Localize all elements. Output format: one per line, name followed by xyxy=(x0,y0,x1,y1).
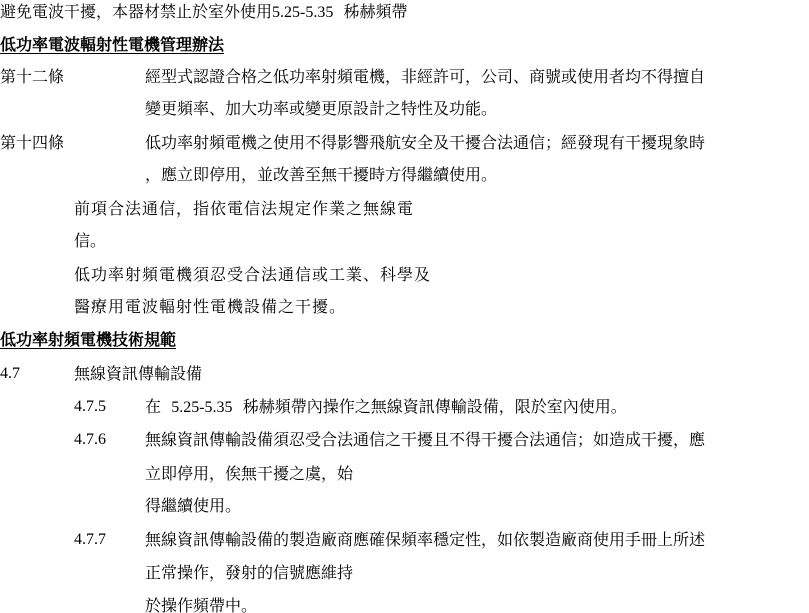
article-12-line-2: 變更頻率、加大功率或變更原設計之特性及功能。 xyxy=(145,99,497,119)
section-heading-management-rules: 低功率電波輻射性電機管理辦法 xyxy=(0,35,224,55)
item-4-7-7-line-2: 正常操作，發射的信號應維持 xyxy=(145,563,353,583)
item-4-7-5-line-1: 在 5.25-5.35 秭赫頻帶內操作之無線資訊傳輸設備，限於室內使用。 xyxy=(145,397,627,418)
note-line-3: 低功率射頻電機須忍受合法通信或工業、科學及 xyxy=(74,265,431,285)
item-4-7-7-line-3: 於操作頻帶中。 xyxy=(145,596,257,613)
item-4-7-title: 無線資訊傳輸設備 xyxy=(74,364,202,384)
item-4-7-7-line-1: 無線資訊傳輸設備的製造廠商應確保頻率穩定性，如依製造廠商使用手冊上所述 xyxy=(145,530,705,550)
intro-unit: 秭赫頻帶 xyxy=(344,2,408,21)
item-4-7-5-prefix: 在 xyxy=(145,397,161,416)
item-4-7-6-line-3: 得繼續使用。 xyxy=(145,496,241,516)
item-4-7-5-frequency: 5.25-5.35 xyxy=(171,399,232,416)
item-4-7-number: 4.7 xyxy=(0,364,20,384)
intro-line: 避免電波干擾，本器材禁止於室外使用5.25-5.35 秭赫頻帶 xyxy=(0,2,408,23)
item-4-7-7-number: 4.7.7 xyxy=(74,530,106,550)
article-14-label: 第十四條 xyxy=(0,133,64,153)
section-heading-technical-spec: 低功率射頻電機技術規範 xyxy=(0,330,176,350)
item-4-7-6-line-2: 立即停用，俟無干擾之虞，始 xyxy=(145,464,353,484)
intro-frequency: 5.25-5.35 xyxy=(272,4,333,21)
note-line-1: 前項合法通信，指依電信法規定作業之無線電 xyxy=(74,199,414,219)
article-12-label: 第十二條 xyxy=(0,67,64,87)
note-line-2: 信。 xyxy=(74,231,106,251)
intro-text: 避免電波干擾，本器材禁止於室外使用 xyxy=(0,2,272,21)
article-14-line-2: ，應立即停用，並改善至無干擾時方得繼續使用。 xyxy=(145,165,497,185)
article-12-line-1: 經型式認證合格之低功率射頻電機，非經許可，公司、商號或使用者均不得擅自 xyxy=(145,67,705,87)
item-4-7-6-line-1: 無線資訊傳輸設備須忍受合法通信之干擾且不得干擾合法通信；如造成干擾，應 xyxy=(145,430,705,450)
item-4-7-5-number: 4.7.5 xyxy=(74,397,106,417)
item-4-7-5-text: 秭赫頻帶內操作之無線資訊傳輸設備，限於室內使用。 xyxy=(243,397,627,416)
note-line-4: 醫療用電波輻射性電機設備之干擾。 xyxy=(74,297,346,317)
article-14-line-1: 低功率射頻電機之使用不得影響飛航安全及干擾合法通信；經發現有干擾現象時 xyxy=(145,133,705,153)
item-4-7-6-number: 4.7.6 xyxy=(74,430,106,450)
